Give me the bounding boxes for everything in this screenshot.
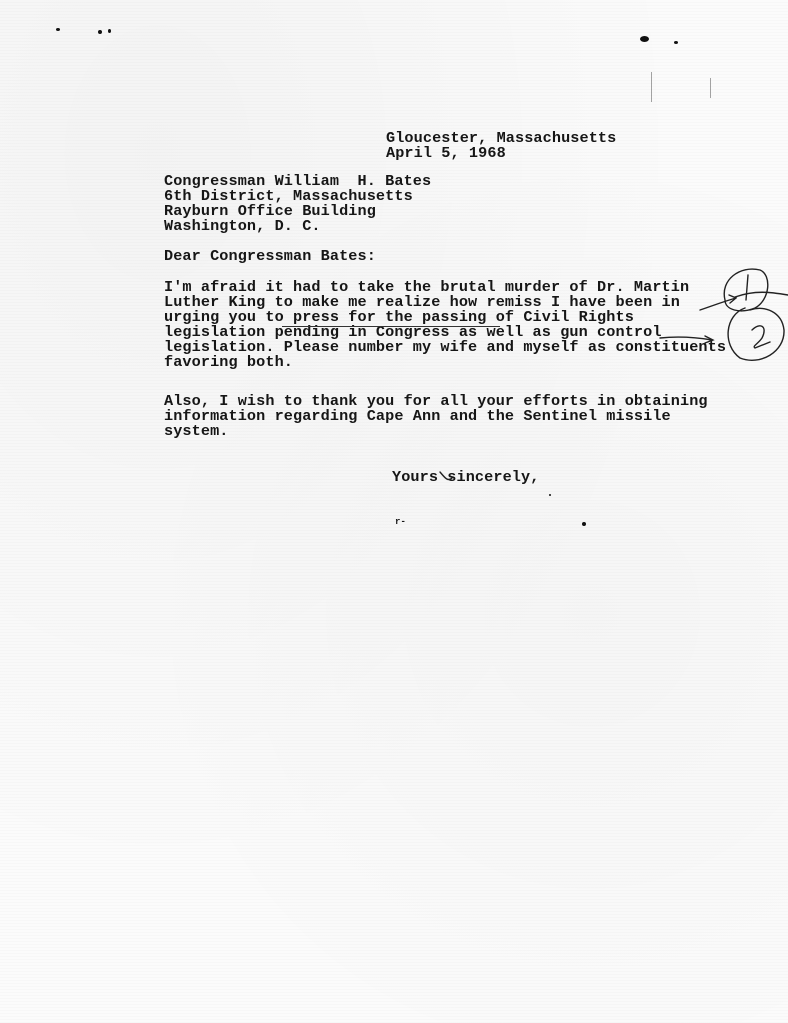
letter-page: Gloucester, Massachusetts April 5, 1968 …: [0, 0, 788, 1023]
letter-date: April 5, 1968: [386, 146, 506, 161]
body-line: system.: [164, 424, 229, 439]
ink-speck: [582, 522, 586, 526]
body-line: information regarding Cape Ann and the S…: [164, 409, 671, 424]
salutation: Dear Congressman Bates:: [164, 249, 376, 264]
ink-speck: [98, 30, 102, 34]
closing: Yours sincerely,: [392, 470, 539, 485]
body-line: favoring both.: [164, 355, 293, 370]
initials-mark: r-: [395, 515, 406, 530]
scan-mark: [710, 78, 711, 98]
ink-speck: [56, 28, 60, 31]
ink-speck: [549, 494, 551, 496]
underline-mark: [282, 326, 500, 327]
scan-mark: [651, 72, 652, 102]
ink-speck: [674, 41, 678, 44]
ink-speck: [108, 29, 111, 33]
ink-speck: [640, 36, 649, 42]
recipient-line: Washington, D. C.: [164, 219, 321, 234]
